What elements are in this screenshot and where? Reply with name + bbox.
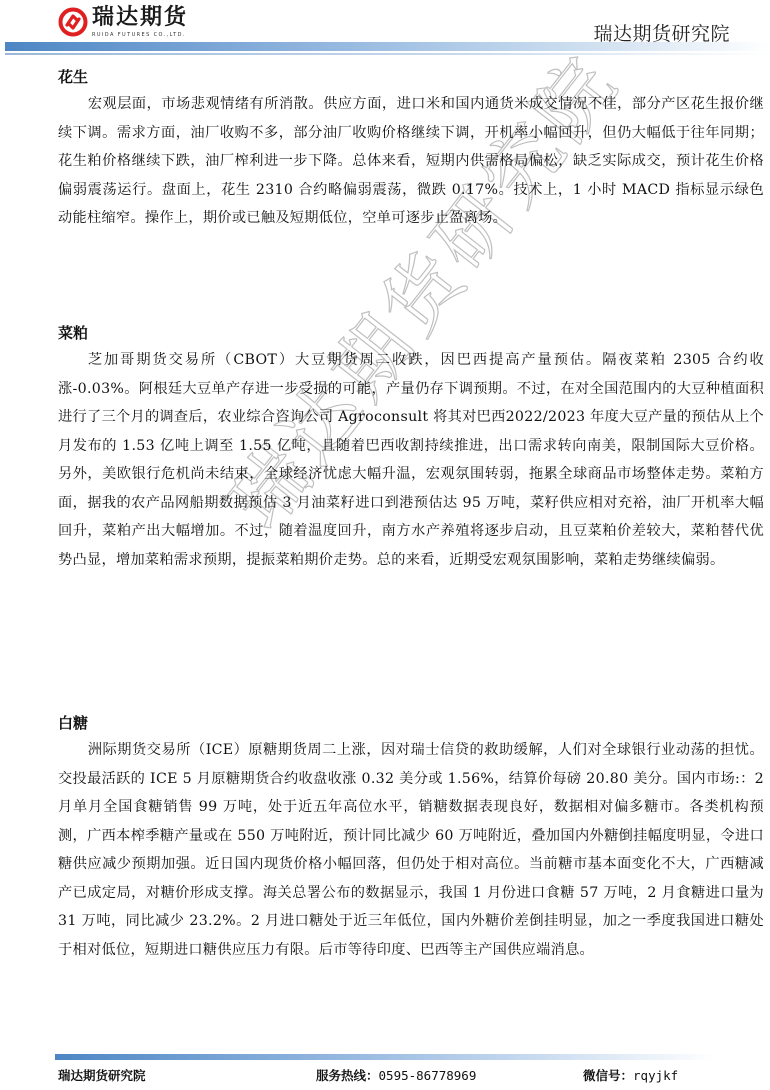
section-rapeseed-meal: 菜粕 芝加哥期货交易所（CBOT）大豆期货周二收跌，因巴西提高产量预估。隔夜菜粕… [58,314,764,574]
wechat-id: rqyjkf [633,1068,678,1083]
header-divider-line [5,53,770,55]
header-divider-bar [5,42,770,51]
page-header: 瑞达期货 RUIDA FUTURES CO.,LTD. 瑞达期货研究院 [0,0,770,60]
logo-name-en: RUIDA FUTURES CO.,LTD. [92,32,188,39]
section-peanut: 花生 宏观层面，市场悲观情绪有所消散。供应方面，进口米和国内通货米成交情况不佳，… [58,58,764,233]
footer-hotline: 服务热线：0595-86778969 [316,1066,476,1084]
section-sugar: 白糖 洲际期货交易所（ICE）原糖期货周二上涨，因对瑞士信贷的救助缓解，人们对全… [58,704,764,964]
wechat-label: 微信号： [583,1068,633,1083]
hotline-label: 服务热线： [316,1068,379,1083]
footer-wechat: 微信号：rqyjkf [583,1066,678,1084]
company-logo: 瑞达期货 RUIDA FUTURES CO.,LTD. [58,5,188,39]
ruida-logo-icon [58,7,88,37]
section-title: 白糖 [58,710,764,736]
page-footer: 瑞达期货研究院 服务热线：0595-86778969 微信号：rqyjkf [58,1066,758,1086]
footer-divider-bar [55,1054,715,1060]
hotline-number: 0595-86778969 [379,1068,477,1083]
section-body: 宏观层面，市场悲观情绪有所消散。供应方面，进口米和国内通货米成交情况不佳，部分产… [58,90,764,233]
section-body: 洲际期货交易所（ICE）原糖期货周二上涨，因对瑞士信贷的救助缓解，人们对全球银行… [58,736,764,964]
logo-name-cn: 瑞达期货 [92,5,188,31]
section-title: 花生 [58,64,764,90]
footer-org: 瑞达期货研究院 [58,1066,146,1084]
section-title: 菜粕 [58,320,764,346]
section-body: 芝加哥期货交易所（CBOT）大豆期货周二收跌，因巴西提高产量预估。隔夜菜粕 23… [58,346,764,574]
